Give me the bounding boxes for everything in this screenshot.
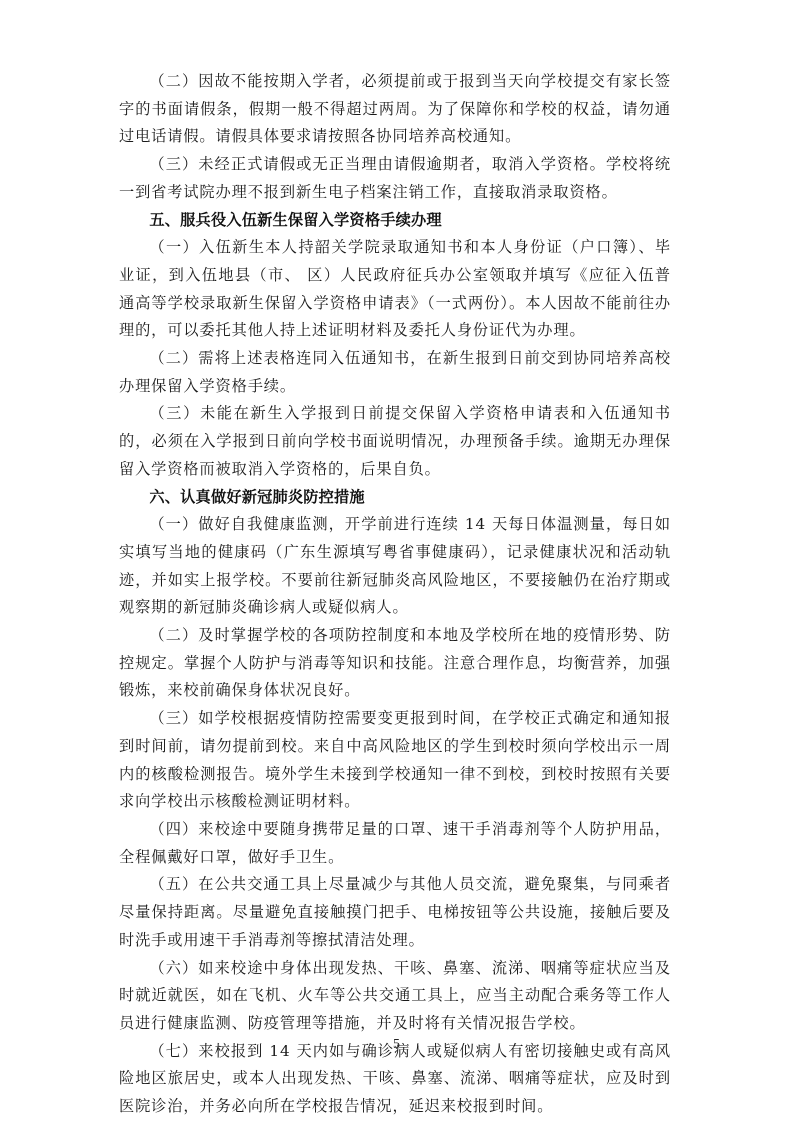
document-page: （二）因故不能按期入学者，必须提前或于报到当天向学校提交有家长签字的书面请假条，… — [119, 68, 671, 1121]
paragraph-military-2: （二）需将上述表格连同入伍通知书，在新生报到日前交到协同培养高校办理保留入学资格… — [119, 345, 671, 400]
paragraph-covid-6: （六）如来校途中身体出现发热、干咳、鼻塞、流涕、咽痛等症状应当及时就近就医，如在… — [119, 955, 671, 1038]
paragraph-military-3: （三）未能在新生入学报到日前提交保留入学资格申请表和入伍通知书的，必须在入学报到… — [119, 400, 671, 483]
paragraph-leave-request: （二）因故不能按期入学者，必须提前或于报到当天向学校提交有家长签字的书面请假条，… — [119, 68, 671, 151]
page-number: 5 — [0, 1037, 793, 1053]
paragraph-covid-5: （五）在公共交通工具上尽量减少与其他人员交流，避免聚集，与同乘者尽量保持距离。尽… — [119, 871, 671, 954]
paragraph-covid-2: （二）及时掌握学校的各项防控制度和本地及学校所在地的疫情形势、防控规定。掌握个人… — [119, 622, 671, 705]
paragraph-covid-4: （四）来校途中要随身携带足量的口罩、速干手消毒剂等个人防护用品，全程佩戴好口罩，… — [119, 816, 671, 871]
paragraph-covid-3: （三）如学校根据疫情防控需要变更报到时间，在学校正式确定和通知报到时间前，请勿提… — [119, 705, 671, 816]
paragraph-covid-1: （一）做好自我健康监测，开学前进行连续 14 天每日体温测量，每日如实填写当地的… — [119, 511, 671, 622]
paragraph-military-1: （一）入伍新生本人持韶关学院录取通知书和本人身份证（户口簿）、毕业证，到入伍地县… — [119, 234, 671, 345]
section-heading-military-service: 五、服兵役入伍新生保留入学资格手续办理 — [119, 207, 671, 235]
section-heading-covid-prevention: 六、认真做好新冠肺炎防控措施 — [119, 484, 671, 512]
paragraph-overdue-cancel: （三）未经正式请假或无正当理由请假逾期者，取消入学资格。学校将统一到省考试院办理… — [119, 151, 671, 206]
